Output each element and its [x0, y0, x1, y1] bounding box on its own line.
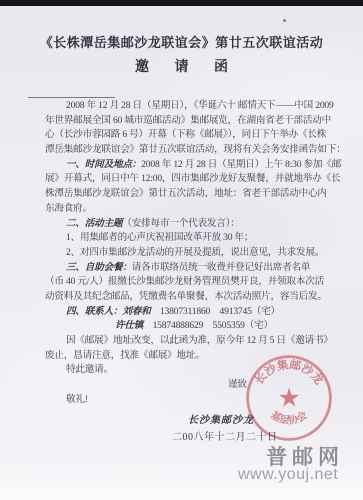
- body-line: 展》开幕式，同日中午 12:00，四市集邮沙龙好友聚餐，并就地举办《长: [45, 172, 331, 187]
- body-line: 年世界邮展全国 60 城市巡邮活动》集邮展览，在湖南省老干部活动中: [45, 114, 331, 129]
- seal-star-icon: ★: [277, 383, 300, 412]
- theme-item-2: 2、对四市集邮沙龙活动的开展及提质，说出意见，共求发展。: [45, 246, 331, 261]
- signature-organization: 长沙集邮沙龙: [188, 411, 254, 426]
- theme-item-1: 1、用集邮者的心声庆祝祖国改革开放 30 年；: [45, 231, 331, 246]
- scan-edge-artifact-top: [0, 0, 363, 6]
- body-line: 心（长沙市蓉园路 6 号）开幕（下称《邮展》），同日下午举办《长株: [45, 128, 331, 143]
- body-line: 因《邮展》地址改变，以此函为准，原今年 12 月 5 日《邀请书》: [45, 334, 331, 349]
- section-dinner: 三、自助会餐：请各市联络员统一收费并登记好出席者名单: [45, 261, 331, 276]
- section-time-location: 一、时间及地点：2008 年 12 月 28 日（星期日）上午 8:30 参加《…: [45, 158, 331, 173]
- document-subtitle: 邀 请 函: [0, 56, 363, 76]
- scanned-invitation-letter: 《长株潭岳集邮沙龙联谊会》第廿五次联谊活动 邀 请 函 2008 年 12 月 …: [0, 0, 363, 500]
- body-line: 株潭岳集邮沙龙联谊会》第廿五次活动，地址：省老干部活动中心内: [45, 187, 331, 202]
- body-line: 动资料及其纪念邮品，凭缴费名单聚餐，本次活动照片，容当后发。: [45, 290, 331, 305]
- section-theme: 二、活动主题（安排每市一个代表发言）：: [45, 217, 331, 232]
- scan-edge-artifact-bottom: [0, 491, 363, 500]
- body-line: 东海食府。: [45, 202, 331, 217]
- signature-date: 二00八年十二月二十日: [172, 428, 278, 443]
- body-line: 潭岳集邮沙龙联谊会》第廿五次联谊活动，现将有关会务安排函告如下：: [45, 143, 331, 158]
- contact-line-2: 许仕镇 15874888629 5505359（宅）: [45, 319, 331, 334]
- body-line: 2008 年 12 月 28 日（星期日），《华诞六十 邮情天下——中国 200…: [45, 99, 331, 114]
- contact-line-1: 四、联系人：刘春和 13807311860 4913745（宅）: [45, 305, 331, 320]
- fold-line-artifact: [28, 97, 115, 98]
- watermark-site-url: www.youj.net: [238, 466, 338, 484]
- scan-speck-artifact: [283, 19, 286, 22]
- body-line: （币 40 元/人）报缴长沙集邮沙龙财务管理员樊开良，并领取本次活: [45, 275, 331, 290]
- document-title: 《长株潭岳集邮沙龙联谊会》第廿五次联谊活动: [0, 32, 363, 51]
